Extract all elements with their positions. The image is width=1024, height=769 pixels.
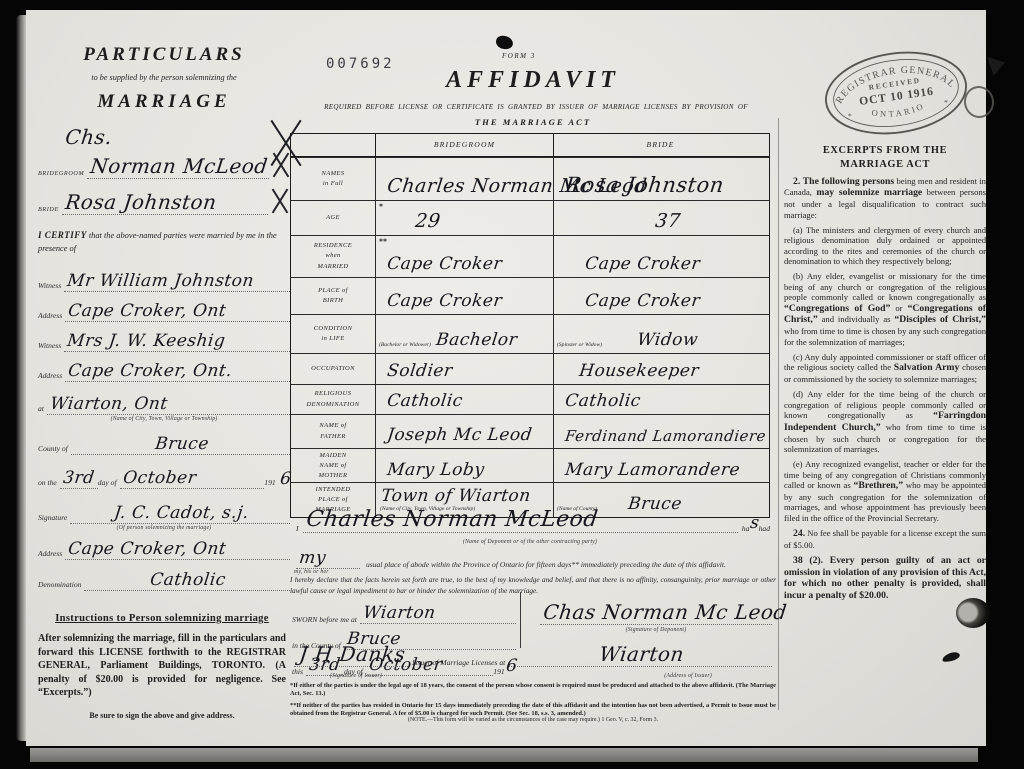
- particulars-subtitle: to be supplied by the person solemnizing…: [38, 73, 290, 82]
- footnote-asterisk: **: [379, 237, 387, 246]
- table-row-religion: RELIGIOUS DENOMINATION Catholic Catholic: [291, 384, 769, 414]
- denomination-label: Denomination: [38, 580, 84, 591]
- issuer-captions: (Signature of Issuer) (Address of Issuer…: [290, 673, 772, 679]
- marriage-act-line: THE MARRIAGE ACT: [290, 117, 776, 127]
- intended-place-handwriting: Town of Wiarton: [380, 486, 532, 506]
- abode-text: usual place of abode within the Province…: [366, 560, 726, 569]
- affidavit-table: BRIDEGROOM BRIDE NAMES in Full Charles N…: [290, 133, 770, 518]
- issuer-label: Issuer of Marriage Licenses at: [412, 658, 505, 667]
- instructions-heading: Instructions to Person solemnizing marri…: [38, 613, 286, 624]
- groom-mother-handwriting: Mary Loby: [386, 460, 486, 480]
- excerpt-paragraph: 24. No fee shall be payable for a licens…: [784, 528, 986, 550]
- groom-birthplace-handwriting: Cape Croker: [386, 291, 503, 311]
- witness-label: Witness: [38, 281, 64, 292]
- issuer-signature-handwriting: J H Danks: [298, 642, 407, 666]
- bride-label: BRIDE: [38, 206, 62, 215]
- bride-father-handwriting: Ferdinand Lamorandiere: [564, 427, 767, 445]
- excerpt-bold-text: “Congregations of God”: [784, 303, 890, 314]
- witness2-handwriting: Mrs J. W. Keeshig: [66, 331, 227, 351]
- table-row-age: AGE *29 37: [291, 200, 769, 235]
- ink-scribble: [941, 651, 960, 663]
- bride-age-handwriting: 37: [654, 210, 682, 232]
- table-row-birthplace: PLACE of BIRTH Cape Croker Cape Croker: [291, 277, 769, 314]
- groom-religion-handwriting: Catholic: [386, 391, 464, 411]
- had-label: had: [759, 524, 770, 533]
- bridegroom-field: BRIDEGROOM Norman McLeod: [38, 151, 290, 179]
- bride-field: BRIDE Rosa Johnston: [38, 187, 290, 215]
- witness1-handwriting: Mr William Johnston: [66, 271, 255, 291]
- groom-age-handwriting: 29: [414, 210, 442, 232]
- witness2-field: Witness Mrs J. W. Keeshig: [38, 331, 290, 352]
- sworn-divider-line: [520, 592, 521, 648]
- sworn-place-handwriting: Wiarton: [362, 603, 437, 623]
- date-field: on the 3rd day of October 191 6: [38, 468, 290, 489]
- particulars-title: PARTICULARS: [38, 44, 290, 66]
- excerpt-bold-text: “Disciples of Christ,”: [894, 314, 986, 325]
- deponent-signature-block: Chas Norman Mc Leod (Signature of Depone…: [540, 600, 772, 633]
- table-row-condition: CONDITION in LIFE (Bachelor or Widower)B…: [291, 314, 769, 353]
- row-label: RESIDENCE when MARRIED: [291, 239, 375, 273]
- onthe-label: on the: [38, 478, 60, 489]
- table-row-father: NAME of FATHER Joseph Mc Leod Ferdinand …: [291, 414, 769, 448]
- excerpt-paragraph: 2. The following persons being men and r…: [784, 176, 986, 221]
- row-label: NAME of FATHER: [291, 419, 375, 443]
- witness-label: Witness: [38, 341, 64, 352]
- handwritten-chs: Chs.: [64, 125, 114, 149]
- sworn-label: SWORN before me at: [292, 615, 357, 624]
- signature-caption: (Of person solemnizing the marriage): [38, 525, 290, 531]
- excerpt-text: (b) Any elder, evangelist or missionary …: [784, 271, 986, 302]
- bride-name-handwriting: Rosa Johnston: [64, 190, 218, 214]
- excerpts-panel: REGISTRAR GENERAL RECEIVED OCT 10 1916 O…: [784, 50, 986, 602]
- excerpt-bold-text: Salvation Army: [894, 362, 960, 373]
- row-label: OCCUPATION: [291, 362, 375, 376]
- place-caption: (Name of City, Town, Village or Township…: [38, 416, 290, 422]
- deponent-signature-handwriting: Chas Norman Mc Leod: [542, 600, 788, 624]
- excerpt-bold-text: 2. The following persons: [793, 176, 894, 187]
- excerpt-paragraph: (d) Any elder for the time being of the …: [784, 389, 986, 455]
- condition-sublabel: (Bachelor or Widower): [379, 342, 431, 348]
- row-label: NAMES in Full: [291, 167, 375, 191]
- stamp-star-right: *: [944, 98, 949, 107]
- issuer-signature-row: J H Danks Issuer of Marriage Licenses at…: [294, 642, 772, 667]
- declaration-paragraph: I hereby declare that the facts herein s…: [290, 575, 776, 596]
- excerpt-bold-text: 38 (2). Every person guilty of an act or…: [784, 555, 986, 602]
- excerpt-text: No fee shall be payable for a license ex…: [784, 528, 986, 550]
- affidavit-form-page: PARTICULARS to be supplied by the person…: [26, 10, 986, 746]
- x-mark: [268, 187, 290, 215]
- excerpt-text: and individually as: [818, 314, 895, 324]
- footnote-asterisk: *: [379, 202, 383, 211]
- excerpt-bold-text: 24.: [793, 528, 805, 539]
- day-handwriting: 3rd: [62, 468, 96, 488]
- address-label: Address: [38, 549, 65, 560]
- particulars-panel: PARTICULARS to be supplied by the person…: [38, 44, 290, 720]
- deponent-signature-caption: (Signature of Deponent): [540, 627, 772, 633]
- footnotes: *If either of the parties is under the l…: [290, 682, 776, 721]
- bride-names-handwriting: Rosa Johnston: [564, 173, 725, 197]
- certify-statement: I CERTIFY that the above-named parties w…: [38, 229, 290, 255]
- excerpt-paragraph: (b) Any elder, evangelist or missionary …: [784, 271, 986, 347]
- condition-sublabel: (Spinster or Widow): [557, 342, 602, 348]
- address-label: Address: [38, 311, 65, 322]
- bride-residence-handwriting: Cape Croker: [584, 254, 701, 274]
- footnote-2: **If neither of the parties has resided …: [290, 702, 776, 719]
- punch-hole: [956, 598, 990, 628]
- groom-occupation-handwriting: Soldier: [386, 361, 454, 381]
- signature-field: Signature J. C. Cadot, s.j.: [38, 503, 290, 524]
- stamp-star-left: *: [847, 111, 852, 120]
- table-header-row: BRIDEGROOM BRIDE: [291, 134, 769, 157]
- county-handwriting: Bruce: [154, 434, 210, 454]
- address3-handwriting: Cape Croker, Ont: [67, 539, 227, 559]
- address1-field: Address Cape Croker, Ont: [38, 301, 290, 322]
- month-handwriting: October: [122, 468, 198, 488]
- registrar-general-stamp: REGISTRAR GENERAL RECEIVED OCT 10 1916 O…: [807, 39, 985, 148]
- excerpt-bold-text: may solemnize marriage: [816, 187, 922, 198]
- bride-condition-handwriting: Widow: [636, 330, 699, 350]
- bride-mother-handwriting: Mary Lamorandere: [564, 460, 741, 480]
- county-label: County of: [38, 444, 71, 455]
- table-row-residence: RESIDENCE when MARRIED **Cape Croker Cap…: [291, 235, 769, 277]
- affidavit-panel: 007692 FORM 3 AFFIDAVIT REQUIRED BEFORE …: [290, 10, 776, 746]
- issuer-place-handwriting: Wiarton: [598, 642, 685, 666]
- solemnizer-signature-handwriting: J. C. Cadot, s.j.: [113, 503, 250, 523]
- bride-birthplace-handwriting: Cape Croker: [584, 291, 701, 311]
- bridegroom-column-header: BRIDEGROOM: [375, 134, 553, 156]
- deponent-statement-line: I Charles Norman McLeod ha s had: [296, 507, 770, 533]
- issuer-signature-caption: (Signature of Issuer): [330, 673, 382, 679]
- excerpt-paragraph: 38 (2). Every person guilty of an act or…: [784, 555, 986, 602]
- row-label: AGE: [291, 211, 375, 225]
- excerpt-paragraph: (a) The ministers and clergymen of every…: [784, 225, 986, 267]
- excerpt-bold-text: “Brethren,”: [854, 480, 904, 491]
- row-label: PLACE of BIRTH: [291, 284, 375, 308]
- bride-religion-handwriting: Catholic: [564, 391, 642, 411]
- my-handwriting: my: [298, 548, 327, 568]
- witness1-field: Witness Mr William Johnston: [38, 271, 290, 292]
- bride-occupation-handwriting: Housekeeper: [578, 361, 700, 381]
- address-label: Address: [38, 371, 65, 382]
- address2-handwriting: Cape Croker, Ont.: [67, 361, 233, 381]
- footnote-1: *If either of the parties is under the l…: [290, 682, 776, 699]
- signature-label: Signature: [38, 513, 70, 524]
- address1-handwriting: Cape Croker, Ont: [67, 301, 227, 321]
- form-note: (NOTE.—This form will be varied as the c…: [290, 717, 776, 723]
- bridegroom-label: BRIDEGROOM: [38, 170, 87, 179]
- affidavit-title: AFFIDAVIT: [290, 67, 776, 94]
- ink-blot: [495, 35, 514, 50]
- groom-condition-handwriting: Bachelor: [435, 330, 518, 350]
- excerpt-text: (a) The ministers and clergymen of every…: [784, 225, 986, 266]
- year-printed: 191: [264, 478, 278, 489]
- required-line: REQUIRED BEFORE LICENSE OR CERTIFICATE I…: [282, 103, 790, 111]
- edge-notch-mark: [987, 52, 1007, 76]
- abode-statement-line: my usual place of abode within the Provi…: [296, 548, 770, 569]
- scanned-document: PARTICULARS to be supplied by the person…: [0, 0, 1024, 769]
- table-row-mother: MAIDEN NAME of MOTHER Mary Loby Mary Lam…: [291, 448, 769, 482]
- bride-column-header: BRIDE: [553, 134, 767, 156]
- instructions-block: Instructions to Person solemnizing marri…: [38, 613, 290, 720]
- instructions-body: After solemnizing the marriage, fill in …: [38, 632, 286, 700]
- excerpt-text: who from time to time is chosen by any s…: [784, 326, 986, 346]
- form-number-label: FORM 3: [502, 52, 536, 60]
- certify-lead: I CERTIFY: [38, 230, 87, 240]
- row-label: CONDITION in LIFE: [291, 322, 375, 346]
- excerpt-paragraph: (c) Any duly appointed commissioner or s…: [784, 352, 986, 385]
- excerpt-text: or: [890, 303, 907, 313]
- place-handwriting: Wiarton, Ont: [49, 394, 169, 414]
- deponent-name-caption: (Name of Deponent or of the other contra…: [380, 539, 680, 545]
- i-label: I: [296, 524, 299, 533]
- row-label: RELIGIOUS DENOMINATION: [291, 387, 375, 411]
- instructions-note: Be sure to sign the above and give addre…: [38, 711, 286, 720]
- county-field: County of Bruce: [38, 434, 290, 455]
- groom-father-handwriting: Joseph Mc Leod: [386, 425, 533, 445]
- marriage-title: MARRIAGE: [38, 91, 290, 113]
- row-label: MAIDEN NAME of MOTHER: [291, 449, 375, 483]
- denomination-field: Denomination Catholic: [38, 570, 290, 591]
- deponent-name-handwriting: Charles Norman McLeod: [305, 507, 600, 532]
- bridegroom-name-handwriting: Norman McLeod: [89, 154, 269, 178]
- address2-field: Address Cape Croker, Ont.: [38, 361, 290, 382]
- address3-field: Address Cape Croker, Ont: [38, 539, 290, 560]
- excerpts-paragraphs: 2. The following persons being men and r…: [784, 176, 986, 603]
- issuer-address-caption: (Address of Issuer): [664, 673, 712, 679]
- underlying-page-strip: [30, 748, 978, 762]
- corner-cell: [291, 134, 375, 156]
- table-row-occupation: OCCUPATION Soldier Housekeeper: [291, 353, 769, 384]
- excerpts-heading: EXCERPTS FROM THE MARRIAGE ACT: [792, 144, 978, 171]
- page-binding-edge: [16, 15, 26, 741]
- dayof-label: day of: [98, 478, 120, 489]
- groom-residence-handwriting: Cape Croker: [386, 254, 503, 274]
- excerpt-paragraph: (e) Any recognized evangelist, teacher o…: [784, 459, 986, 523]
- table-row-names: NAMES in Full Charles Norman Mc Leod Ros…: [291, 157, 769, 200]
- place-field: at Wiarton, Ont: [38, 394, 290, 415]
- registrar-stamp-area: REGISTRAR GENERAL RECEIVED OCT 10 1916 O…: [784, 50, 986, 138]
- denomination-handwriting: Catholic: [149, 570, 227, 590]
- fold-line: [778, 118, 779, 710]
- at-label: at: [38, 404, 47, 415]
